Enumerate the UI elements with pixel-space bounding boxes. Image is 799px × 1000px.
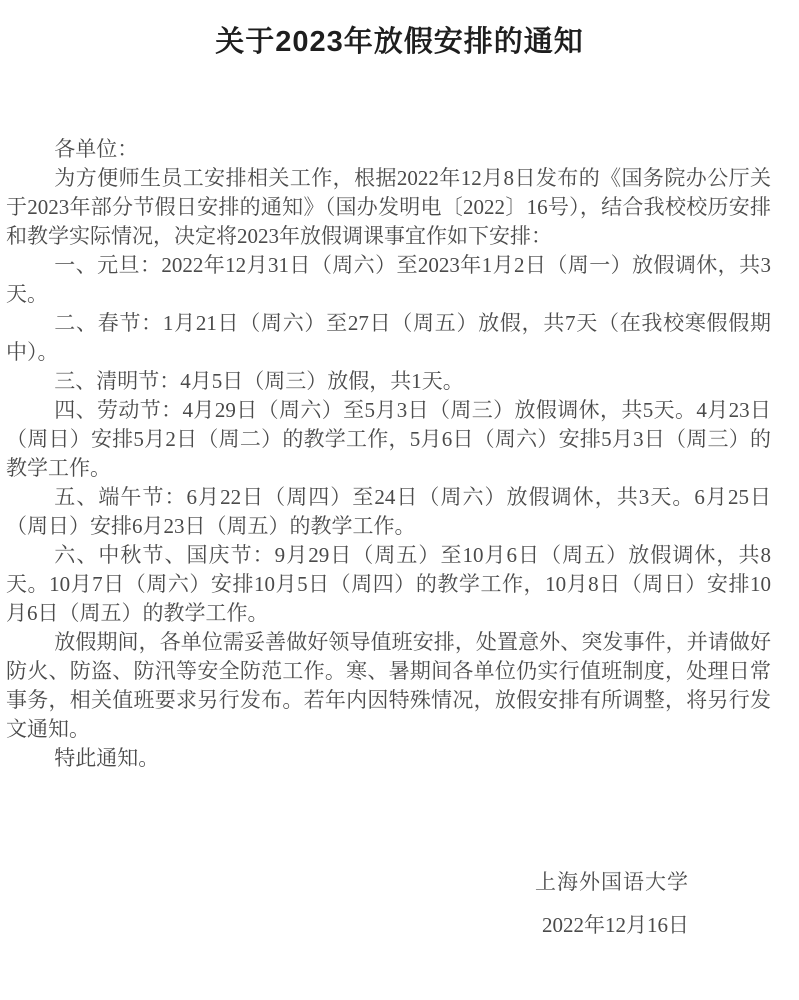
signature-organization: 上海外国语大学 xyxy=(6,868,689,897)
notice-body: 各单位： 为方便师生员工安排相关工作，根据2022年12月8日发布的《国务院办公… xyxy=(0,135,799,940)
signature-date: 2022年12月16日 xyxy=(6,911,689,940)
duty-arrangement-paragraph: 放假期间，各单位需妥善做好领导值班安排，处置意外、突发事件，并请做好防火、防盗、… xyxy=(6,628,771,744)
signature-block: 上海外国语大学 2022年12月16日 xyxy=(6,868,771,940)
closing-phrase: 特此通知。 xyxy=(6,744,771,773)
holiday-item-dragon-boat: 五、端午节：6月22日（周四）至24日（周六）放假调休，共3天。6月25日（周日… xyxy=(6,483,771,541)
intro-paragraph: 为方便师生员工安排相关工作，根据2022年12月8日发布的《国务院办公厅关于20… xyxy=(6,164,771,251)
holiday-item-mid-autumn-national-day: 六、中秋节、国庆节：9月29日（周五）至10月6日（周五）放假调休，共8天。10… xyxy=(6,541,771,628)
salutation: 各单位： xyxy=(6,135,771,164)
notice-title: 关于2023年放假安排的通知 xyxy=(30,26,769,58)
holiday-item-labor-day: 四、劳动节：4月29日（周六）至5月3日（周三）放假调休，共5天。4月23日（周… xyxy=(6,396,771,483)
holiday-item-qingming: 三、清明节：4月5日（周三）放假，共1天。 xyxy=(6,367,771,396)
holiday-item-new-year: 一、元旦：2022年12月31日（周六）至2023年1月2日（周一）放假调休，共… xyxy=(6,251,771,309)
notice-document: 关于2023年放假安排的通知 各单位： 为方便师生员工安排相关工作，根据2022… xyxy=(0,0,799,1000)
holiday-item-spring-festival: 二、春节：1月21日（周六）至27日（周五）放假，共7天（在我校寒假假期中）。 xyxy=(6,309,771,367)
